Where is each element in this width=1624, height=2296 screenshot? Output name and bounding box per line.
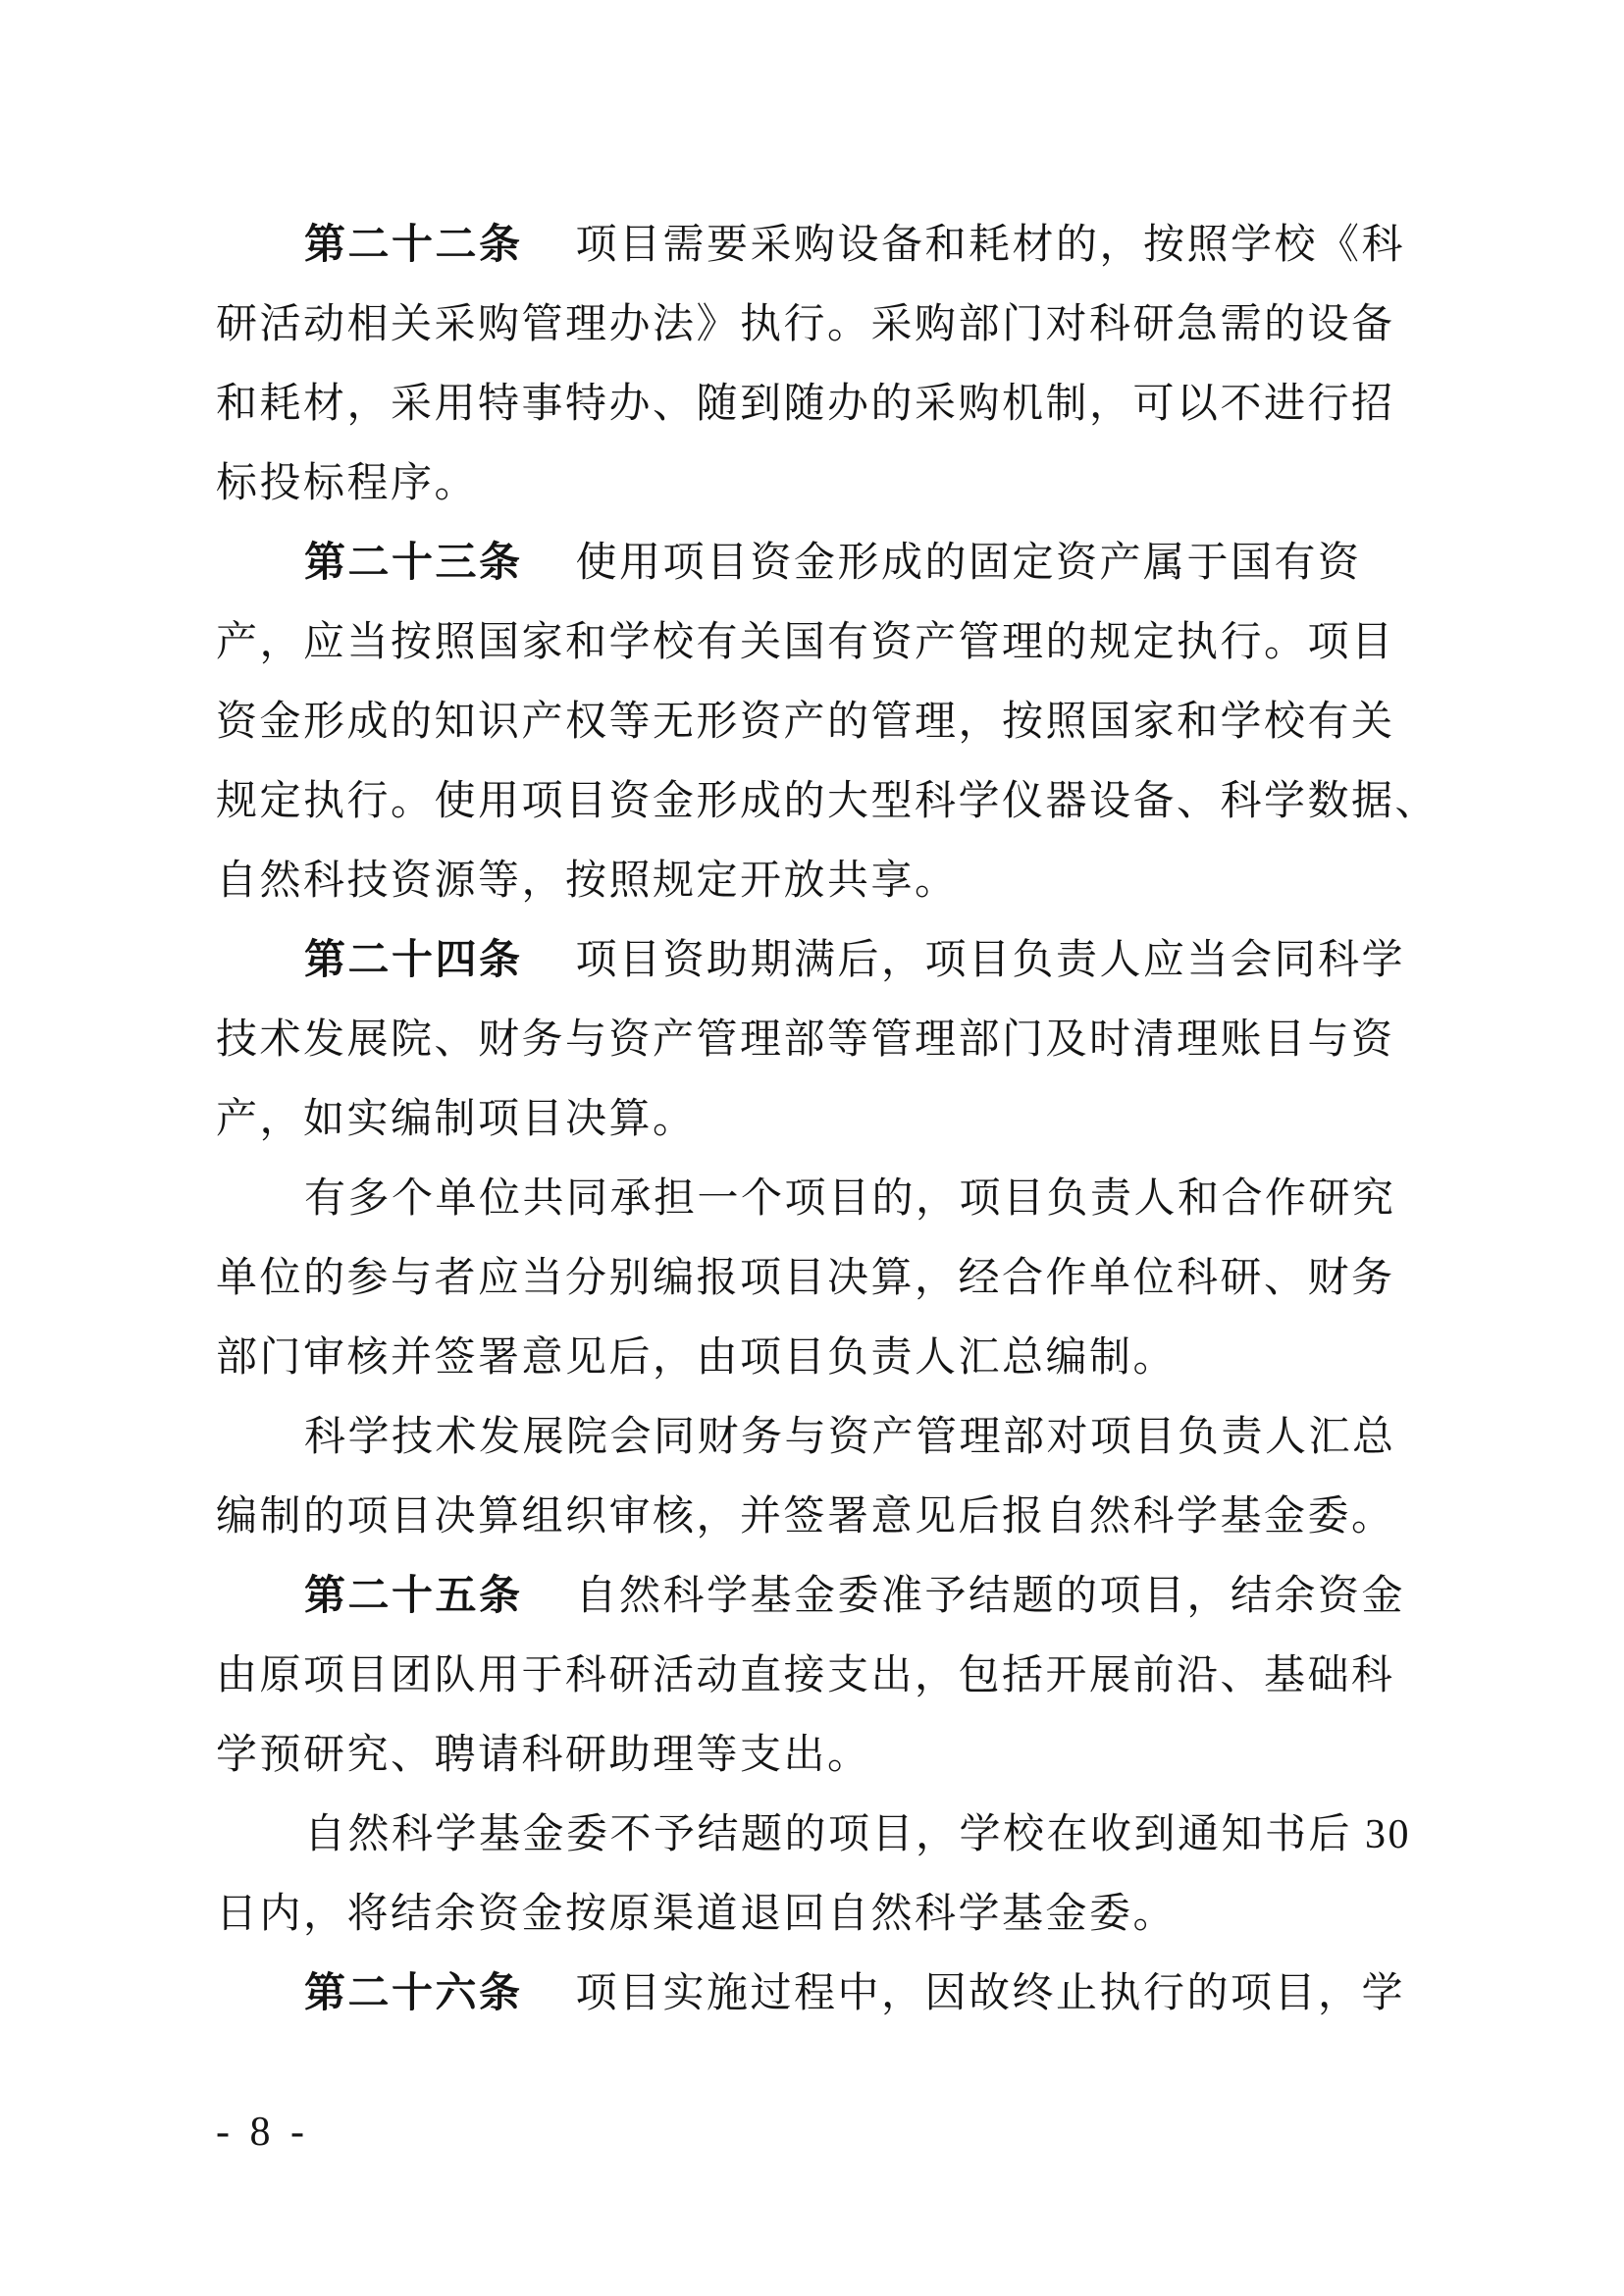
text-line-body: 和耗材，采用特事特办、随到随办的采购机制，可以不进行招 [216,382,1395,427]
text-line-body: 产，应当按照国家和学校有关国有资产管理的规定执行。项目 [216,620,1395,665]
text-line: 自然科学基金委不予结题的项目，学校在收到通知书后 30 [216,1796,1452,1875]
text-line-body: 有多个单位共同承担一个项目的，项目负责人和合作研究 [304,1176,1396,1222]
document-body: 第二十二条项目需要采购设备和耗材的，按照学校《科 研活动相关采购管理办法》执行。… [216,206,1452,2034]
text-line-body: 编制的项目决算组织审核，并签署意见后报自然科学基金委。 [216,1494,1395,1539]
text-line-body: 学预研究、聘请科研助理等支出。 [216,1733,871,1778]
text-line-body: 项目资助期满后，项目负责人应当会同科学 [576,938,1406,983]
text-line: 编制的项目决算组织审核，并签署意见后报自然科学基金委。 [216,1478,1452,1557]
text-line-body: 日内，将结余资金按原渠道退回自然科学基金委。 [216,1892,1177,1937]
text-line: 科学技术发展院会同财务与资产管理部对项目负责人汇总 [216,1398,1452,1478]
text-line-body: 项目实施过程中，因故终止执行的项目，学 [576,1971,1406,2016]
text-line-body: 研活动相关采购管理办法》执行。采购部门对科研急需的设备 [216,302,1395,347]
text-line-body: 技术发展院、财务与资产管理部等管理部门及时清理账目与资 [216,1018,1395,1063]
article-number-heading: 第二十五条 [304,1574,523,1619]
article-number-heading: 第二十三条 [304,541,523,586]
text-line-body: 自然科技资源等，按照规定开放共享。 [216,859,959,904]
text-line-body: 科学技术发展院会同财务与资产管理部对项目负责人汇总 [304,1415,1396,1460]
article-number-heading: 第二十六条 [304,1971,523,2016]
text-line: 第二十四条项目资助期满后，项目负责人应当会同科学 [216,921,1452,1001]
text-line: 部门审核并签署意见后，由项目负责人汇总编制。 [216,1319,1452,1398]
text-line-body: 自然科学基金委不予结题的项目，学校在收到通知书后 30 [304,1812,1411,1857]
text-line: 资金形成的知识产权等无形资产的管理，按照国家和学校有关 [216,683,1452,762]
text-line: 产，如实编制项目决算。 [216,1080,1452,1160]
text-line-body: 资金形成的知识产权等无形资产的管理，按照国家和学校有关 [216,700,1395,745]
text-line-body: 产，如实编制项目决算。 [216,1097,697,1142]
text-line: 产，应当按照国家和学校有关国有资产管理的规定执行。项目 [216,603,1452,683]
text-line: 学预研究、聘请科研助理等支出。 [216,1716,1452,1796]
text-line: 标投标程序。 [216,444,1452,524]
text-line: 单位的参与者应当分别编报项目决算，经合作单位科研、财务 [216,1239,1452,1319]
text-line-body: 由原项目团队用于科研活动直接支出，包括开展前沿、基础科 [216,1653,1395,1698]
text-line-body: 使用项目资金形成的固定资产属于国有资 [576,541,1362,586]
text-line: 技术发展院、财务与资产管理部等管理部门及时清理账目与资 [216,1001,1452,1080]
text-line-body: 规定执行。使用项目资金形成的大型科学仪器设备、科学数据、 [216,779,1439,824]
text-line: 规定执行。使用项目资金形成的大型科学仪器设备、科学数据、 [216,762,1452,842]
document-page: 第二十二条项目需要采购设备和耗材的，按照学校《科 研活动相关采购管理办法》执行。… [0,0,1624,2296]
text-line: 第二十三条使用项目资金形成的固定资产属于国有资 [216,524,1452,603]
text-line: 第二十五条自然科学基金委准予结题的项目，结余资金 [216,1557,1452,1637]
text-line: 自然科技资源等，按照规定开放共享。 [216,842,1452,921]
text-line: 由原项目团队用于科研活动直接支出，包括开展前沿、基础科 [216,1637,1452,1716]
text-line-body: 项目需要采购设备和耗材的，按照学校《科 [576,223,1406,268]
page-number: - 8 - [216,2110,309,2155]
article-number-heading: 第二十二条 [304,223,523,268]
text-line: 第二十二条项目需要采购设备和耗材的，按照学校《科 [216,206,1452,286]
text-line: 第二十六条项目实施过程中，因故终止执行的项目，学 [216,1955,1452,2034]
text-line-body: 部门审核并签署意见后，由项目负责人汇总编制。 [216,1335,1177,1381]
text-line: 日内，将结余资金按原渠道退回自然科学基金委。 [216,1875,1452,1955]
text-line: 研活动相关采购管理办法》执行。采购部门对科研急需的设备 [216,286,1452,365]
text-line-body: 自然科学基金委准予结题的项目，结余资金 [576,1574,1406,1619]
text-line: 和耗材，采用特事特办、随到随办的采购机制，可以不进行招 [216,365,1452,444]
text-line-body: 标投标程序。 [216,461,478,506]
text-line-body: 单位的参与者应当分别编报项目决算，经合作单位科研、财务 [216,1256,1395,1301]
text-line: 有多个单位共同承担一个项目的，项目负责人和合作研究 [216,1160,1452,1239]
article-number-heading: 第二十四条 [304,938,523,983]
